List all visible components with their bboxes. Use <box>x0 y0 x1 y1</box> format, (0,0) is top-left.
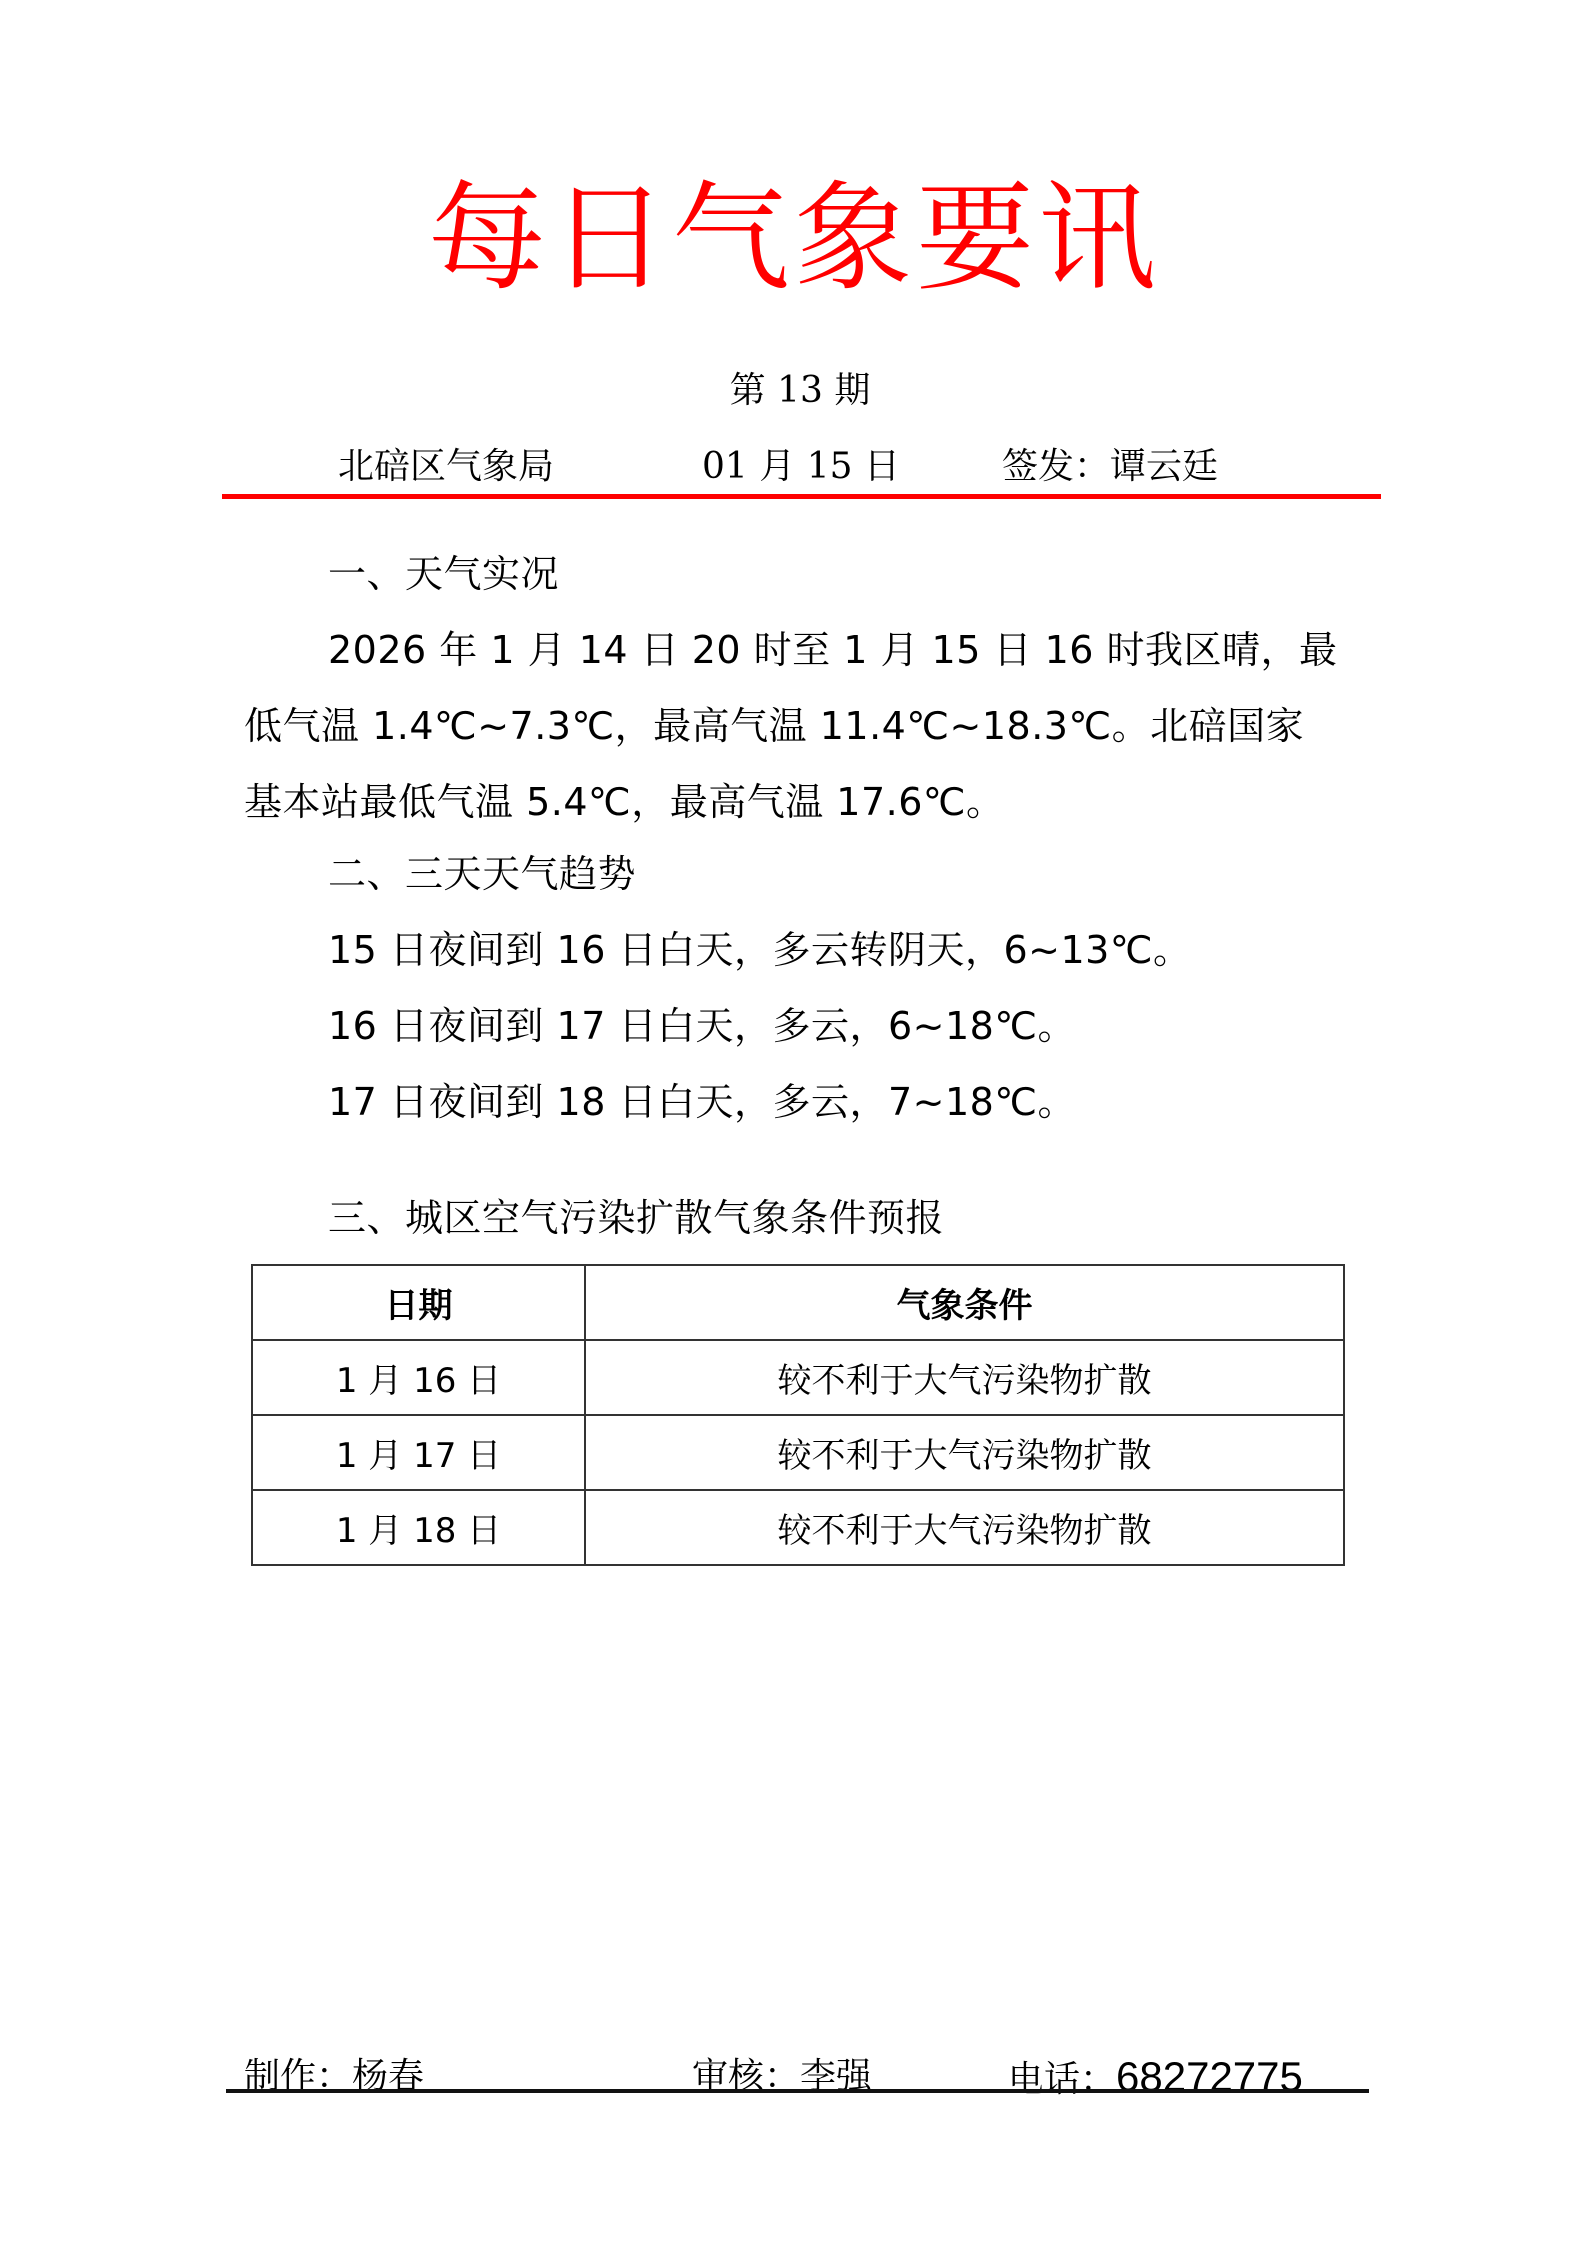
forecast-line: 17 日夜间到 18 日白天，多云，7~18℃。 <box>328 1064 1076 1140</box>
document-title: 每日气象要讯 <box>0 168 1588 308</box>
section-heading-observations: 一、天气实况 <box>328 536 559 612</box>
date-cell: 1 月 17 日 <box>252 1415 585 1490</box>
pollution-condition-table: 日期 气象条件 1 月 16 日 较不利于大气污染物扩散 1 月 17 日 较不… <box>251 1264 1345 1566</box>
signer: 签发：谭云廷 <box>1002 442 1218 492</box>
header-divider <box>222 494 1381 499</box>
issuing-organization: 北碚区气象局 <box>338 442 554 492</box>
date-cell: 1 月 18 日 <box>252 1490 585 1565</box>
condition-cell: 较不利于大气污染物扩散 <box>585 1415 1344 1490</box>
section-heading-forecast: 二、三天天气趋势 <box>328 836 636 912</box>
forecast-line: 16 日夜间到 17 日白天，多云，6~18℃。 <box>328 988 1076 1064</box>
date-cell: 1 月 16 日 <box>252 1340 585 1415</box>
table-row: 1 月 18 日 较不利于大气污染物扩散 <box>252 1490 1344 1565</box>
issue-date: 01 月 15 日 <box>702 442 900 492</box>
table-header-row: 日期 气象条件 <box>252 1265 1344 1340</box>
forecast-line: 15 日夜间到 16 日白天，多云转阴天，6~13℃。 <box>328 912 1192 988</box>
observation-line: 低气温 1.4℃~7.3℃，最高气温 11.4℃~18.3℃。北碚国家 <box>244 688 1304 764</box>
condition-cell: 较不利于大气污染物扩散 <box>585 1490 1344 1565</box>
footer-divider <box>226 2089 1369 2093</box>
phone-label: 电话： <box>1008 2059 1116 2100</box>
column-header-condition: 气象条件 <box>585 1265 1344 1340</box>
column-header-date: 日期 <box>252 1265 585 1340</box>
section-heading-pollution: 三、城区空气污染扩散气象条件预报 <box>328 1180 944 1256</box>
contact-phone: 电话：68272775 <box>1008 2052 1303 2102</box>
condition-cell: 较不利于大气污染物扩散 <box>585 1340 1344 1415</box>
issue-number: 第 13 期 <box>0 366 1588 416</box>
table-row: 1 月 16 日 较不利于大气污染物扩散 <box>252 1340 1344 1415</box>
reviewer: 审核：李强 <box>692 2052 872 2102</box>
observation-line: 基本站最低气温 5.4℃，最高气温 17.6℃。 <box>244 764 1005 840</box>
observation-line: 2026 年 1 月 14 日 20 时至 1 月 15 日 16 时我区晴，最 <box>328 612 1338 688</box>
table-row: 1 月 17 日 较不利于大气污染物扩散 <box>252 1415 1344 1490</box>
maker: 制作：杨春 <box>244 2052 424 2102</box>
